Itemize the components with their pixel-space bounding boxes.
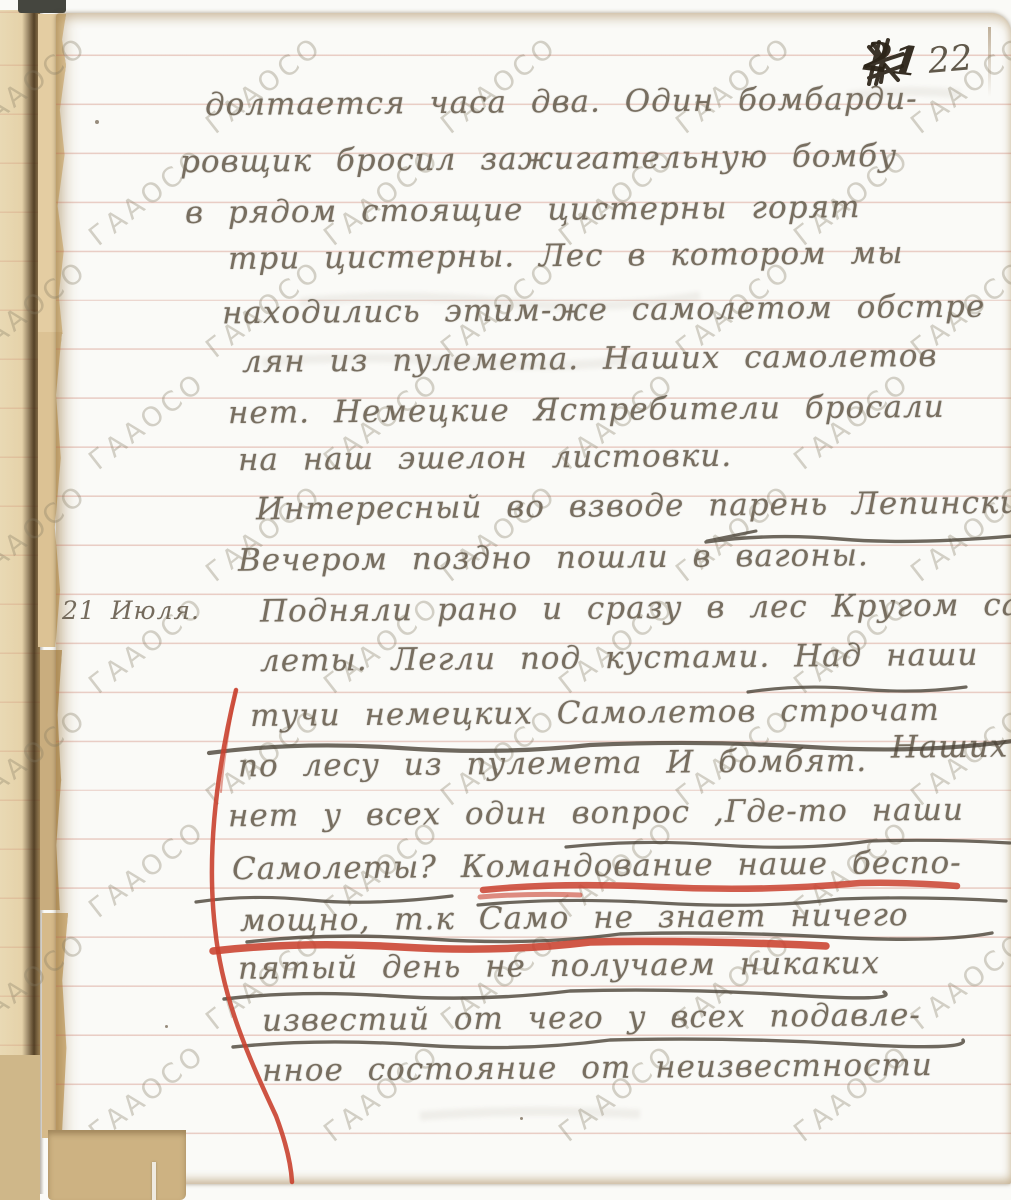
paper-speck xyxy=(165,1025,168,1028)
binding-stub xyxy=(48,1130,186,1200)
paper-speck xyxy=(95,120,99,124)
binding-thread xyxy=(152,1162,156,1200)
scanned-notebook-page: ГААОСОГААОСОГААОСОГААОСОГААОСОГААОСОГААО… xyxy=(0,0,1011,1200)
binding-clip xyxy=(18,0,66,13)
ruled-lines xyxy=(56,13,1011,1184)
page-crease xyxy=(988,27,991,97)
notebook-page xyxy=(56,13,1011,1184)
binding-stub-corner xyxy=(0,1055,40,1200)
paper-speck xyxy=(520,1117,523,1120)
